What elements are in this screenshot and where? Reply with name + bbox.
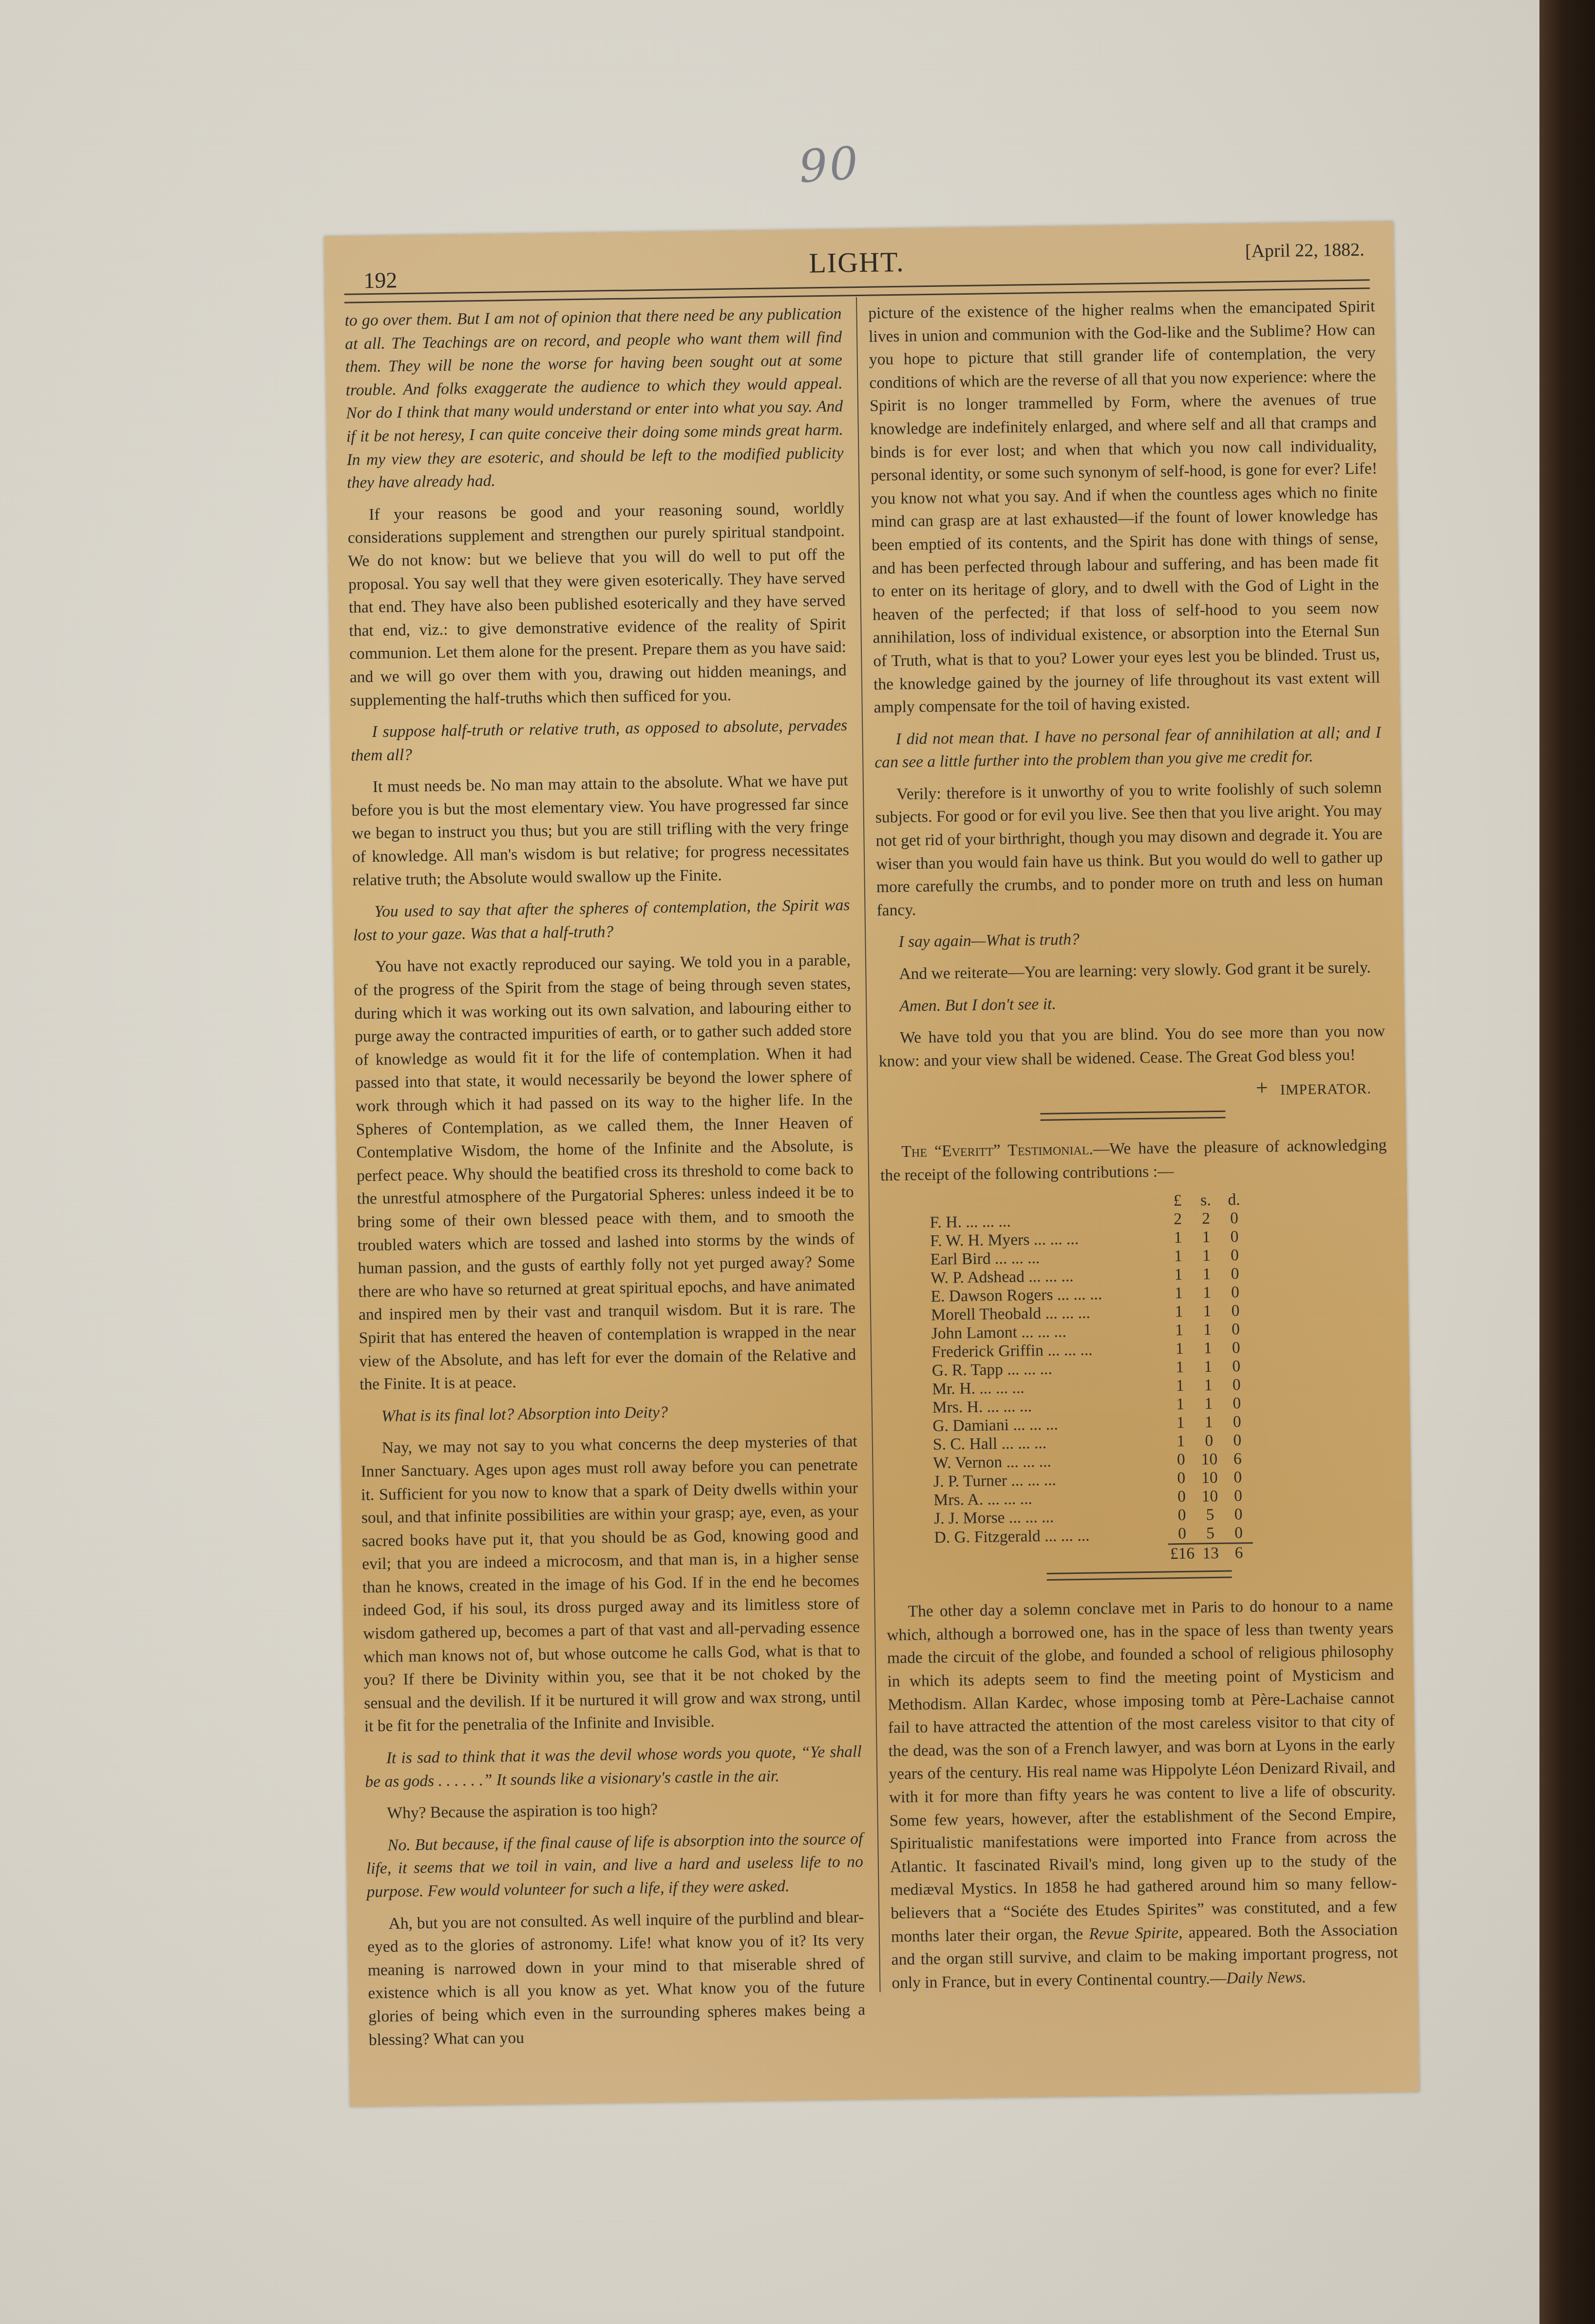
amount-pounds: 1	[1166, 1377, 1195, 1396]
amount-shillings: 1	[1192, 1247, 1221, 1266]
amount-shillings: 0	[1195, 1432, 1224, 1451]
article-text: The other day a solemn conclave met in P…	[887, 1596, 1397, 1946]
testimonial-intro: The “Everitt” Testimonial.—We have the p…	[880, 1134, 1387, 1187]
contributor-name: F. W. H. Myers ... ... ...	[930, 1229, 1164, 1251]
newspaper-clipping: 192 LIGHT. [April 22, 1882. to go over t…	[324, 222, 1419, 2107]
amount-pounds: 2	[1163, 1210, 1192, 1229]
column-header-pence: d.	[1220, 1190, 1249, 1209]
signature: +IMPERATOR.	[879, 1075, 1371, 1108]
column-header-pounds: £	[1163, 1191, 1192, 1210]
contributor-name: Frederick Griffin ... ... ...	[931, 1340, 1165, 1362]
amount-shillings: 10	[1196, 1487, 1224, 1506]
amount-shillings: 1	[1194, 1358, 1222, 1377]
paragraph: Nay, we may not say to you what concerns…	[361, 1430, 862, 1738]
contributions-table: £ s. d. F. H. ... ... ...220F. W. H. Mye…	[930, 1190, 1253, 1567]
paragraph: I did not mean that. I have no personal …	[874, 721, 1381, 775]
paragraph: We have told you that you are blind. You…	[878, 1020, 1386, 1073]
amount-shillings: 1	[1194, 1339, 1222, 1358]
contributor-name: W. P. Adshead ... ... ...	[930, 1266, 1164, 1288]
amount-pence: 0	[1222, 1357, 1251, 1376]
paragraph: If your reasons be good and your reasoni…	[347, 496, 847, 712]
amount-shillings: 10	[1196, 1469, 1224, 1488]
paragraph: to go over them. But I am not of opinion…	[344, 302, 844, 495]
amount-pence: 0	[1224, 1505, 1253, 1524]
amount-pounds: 1	[1165, 1303, 1194, 1322]
amount-pence: 0	[1223, 1431, 1252, 1450]
paragraph: And we reiterate—You are learning: very …	[877, 956, 1385, 986]
paragraph: It is sad to think that it was the devil…	[364, 1740, 862, 1793]
total-row: £16 13 6	[934, 1544, 1253, 1567]
amount-pounds: 0	[1167, 1469, 1196, 1488]
amount-shillings: 1	[1193, 1265, 1221, 1284]
paragraph: Why? Because the aspiration is too high?	[365, 1795, 863, 1825]
amount-pence: 0	[1222, 1339, 1251, 1358]
total-pounds: £16	[1168, 1545, 1197, 1564]
paragraph: Amen. But I don't see it.	[878, 988, 1385, 1018]
amount-pence: 0	[1221, 1265, 1250, 1284]
amount-pence: 0	[1220, 1246, 1249, 1265]
paragraph: I suppose half-truth or relative truth, …	[350, 714, 848, 767]
contributor-name: Mrs. H. ... ... ...	[932, 1396, 1166, 1417]
paragraph: It must needs be. No man may attain to t…	[351, 769, 850, 892]
amount-pounds: 0	[1168, 1506, 1196, 1525]
paragraph: Ah, but you are not consulted. As well i…	[367, 1906, 866, 2052]
source-credit: Daily News.	[1226, 1968, 1307, 1987]
amount-shillings: 10	[1195, 1450, 1224, 1469]
contributor-name: W. Vernon ... ... ...	[933, 1451, 1167, 1473]
amount-pence: 0	[1221, 1302, 1250, 1321]
newspaper-title: LIGHT.	[344, 239, 1370, 285]
paragraph: Verily: therefore is it unworthy of you …	[875, 776, 1384, 922]
book-spine-edge	[1539, 0, 1595, 2324]
amount-shillings: 1	[1193, 1302, 1222, 1321]
amount-pence: 0	[1222, 1394, 1251, 1413]
contributor-name: Morell Theobald ... ... ...	[931, 1303, 1165, 1325]
amount-pence: 0	[1222, 1376, 1251, 1395]
paragraph: What is its final lot? Absorption into D…	[360, 1398, 857, 1428]
left-column: to go over them. But I am not of opinion…	[344, 302, 866, 2060]
paragraph: I say again—What is truth?	[877, 924, 1384, 954]
amount-pence: 0	[1224, 1487, 1253, 1506]
amount-pence: 0	[1221, 1320, 1250, 1339]
amount-pence: 0	[1220, 1228, 1249, 1247]
paragraph: You used to say that after the spheres o…	[353, 894, 850, 947]
amount-pounds: 1	[1165, 1340, 1194, 1359]
section-rule	[1047, 1570, 1232, 1581]
amount-pence: 0	[1224, 1468, 1253, 1487]
amount-pounds: 1	[1167, 1432, 1196, 1451]
contributor-name: G. Damiani ... ... ...	[932, 1414, 1166, 1436]
contributor-name: J. P. Turner ... ... ...	[933, 1470, 1167, 1492]
amount-shillings: 5	[1196, 1524, 1225, 1544]
paragraph: picture of the existence of the higher r…	[868, 295, 1381, 719]
amount-pounds: 0	[1167, 1451, 1196, 1470]
testimonial-heading: The “Everitt” Testimonial.	[901, 1140, 1093, 1160]
amount-pounds: 1	[1166, 1395, 1195, 1414]
amount-shillings: 5	[1196, 1506, 1225, 1525]
section-rule	[1040, 1111, 1225, 1121]
amount-shillings: 1	[1194, 1376, 1223, 1395]
contributor-name: D. G. Fitzgerald ... ... ...	[934, 1525, 1168, 1548]
amount-pence: 0	[1223, 1413, 1252, 1432]
total-pence: 6	[1225, 1544, 1253, 1563]
contributor-name: John Lamont ... ... ...	[931, 1322, 1165, 1343]
amount-shillings: 1	[1194, 1395, 1223, 1414]
amount-pounds: 1	[1164, 1266, 1193, 1285]
amount-shillings: 1	[1192, 1228, 1221, 1247]
amount-pounds: 0	[1167, 1488, 1196, 1507]
amount-pounds: 0	[1168, 1525, 1196, 1544]
total-shillings: 13	[1196, 1544, 1225, 1563]
right-column: picture of the existence of the higher r…	[868, 295, 1399, 2003]
contributions-body: F. H. ... ... ...220F. W. H. Myers ... .…	[930, 1209, 1253, 1548]
amount-pence: 6	[1223, 1450, 1252, 1469]
amount-pounds: 1	[1165, 1358, 1194, 1377]
amount-pounds: 1	[1165, 1321, 1194, 1340]
column-header-shillings: s.	[1192, 1191, 1220, 1210]
paragraph: You have not exactly reproduced our sayi…	[354, 949, 857, 1396]
paragraph: No. But because, if the final cause of l…	[366, 1827, 864, 1904]
amount-pounds: 1	[1164, 1228, 1193, 1247]
amount-pence: 0	[1220, 1209, 1249, 1228]
contributor-name: Mrs. A. ... ... ...	[933, 1488, 1167, 1510]
contributor-name: Mr. H. ... ... ...	[932, 1377, 1166, 1399]
amount-pounds: 1	[1164, 1247, 1193, 1266]
amount-shillings: 1	[1193, 1284, 1221, 1303]
amount-pounds: 1	[1164, 1284, 1193, 1303]
signature-name: IMPERATOR.	[1280, 1081, 1371, 1098]
kardec-article: The other day a solemn conclave met in P…	[886, 1593, 1398, 1995]
amount-shillings: 2	[1192, 1209, 1220, 1228]
pencil-page-number: 90	[797, 137, 861, 193]
amount-pounds: 1	[1166, 1414, 1195, 1433]
amount-shillings: 1	[1195, 1413, 1223, 1432]
amount-pence: 0	[1221, 1283, 1250, 1302]
amount-shillings: 1	[1193, 1321, 1222, 1340]
issue-date: [April 22, 1882.	[1245, 239, 1365, 262]
contributor-name: Earl Bird ... ... ...	[930, 1247, 1164, 1269]
periodical-title: Revue Spirite	[1089, 1924, 1178, 1943]
amount-pence: 0	[1224, 1524, 1253, 1543]
cross-icon: +	[1256, 1076, 1269, 1100]
